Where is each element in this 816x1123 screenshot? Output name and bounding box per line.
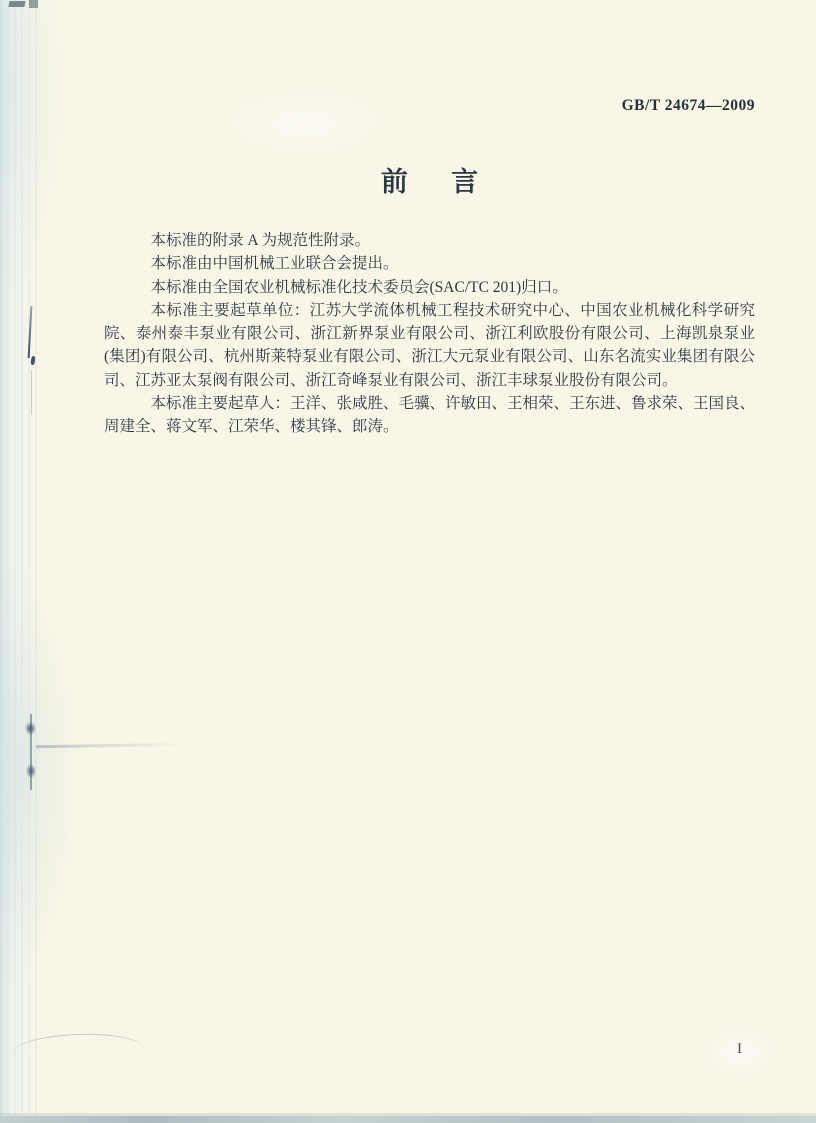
- paper-crease: [26, 764, 36, 778]
- foreword-paragraph: 本标准主要起草人：王洋、张咸胜、毛骥、许敏田、王相荣、王东进、鲁求荣、王国良、周…: [104, 392, 755, 439]
- scan-light-spot: [220, 85, 390, 160]
- foreword-body: 本标准的附录 A 为规范性附录。 本标准由中国机械工业联合会提出。 本标准由全国…: [104, 229, 755, 439]
- page-number: I: [737, 1041, 742, 1058]
- scan-bottom-edge: [0, 1116, 816, 1123]
- scanned-document-page: GB/T 24674—2009 前言 本标准的附录 A 为规范性附录。 本标准由…: [0, 0, 816, 1123]
- scan-ink-mark: [8, 1, 25, 7]
- foreword-paragraph: 本标准由中国机械工业联合会提出。: [104, 252, 755, 275]
- paper-crease: [31, 370, 32, 415]
- page-title: 前言: [104, 160, 755, 199]
- standard-code: GB/T 24674—2009: [622, 97, 755, 115]
- scan-shadow-artifact: [0, 0, 70, 300]
- scan-ink-mark: [29, 0, 38, 8]
- foreword-paragraph: 本标准由全国农业机械标准化技术委员会(SAC/TC 201)归口。: [104, 276, 755, 299]
- paper-crease: [25, 722, 36, 735]
- foreword-paragraph: 本标准的附录 A 为规范性附录。: [104, 229, 755, 252]
- foreword-paragraph: 本标准主要起草单位：江苏大学流体机械工程技术研究中心、中国农业机械化科学研究院、…: [104, 299, 755, 392]
- scan-shadow-artifact: [0, 560, 80, 990]
